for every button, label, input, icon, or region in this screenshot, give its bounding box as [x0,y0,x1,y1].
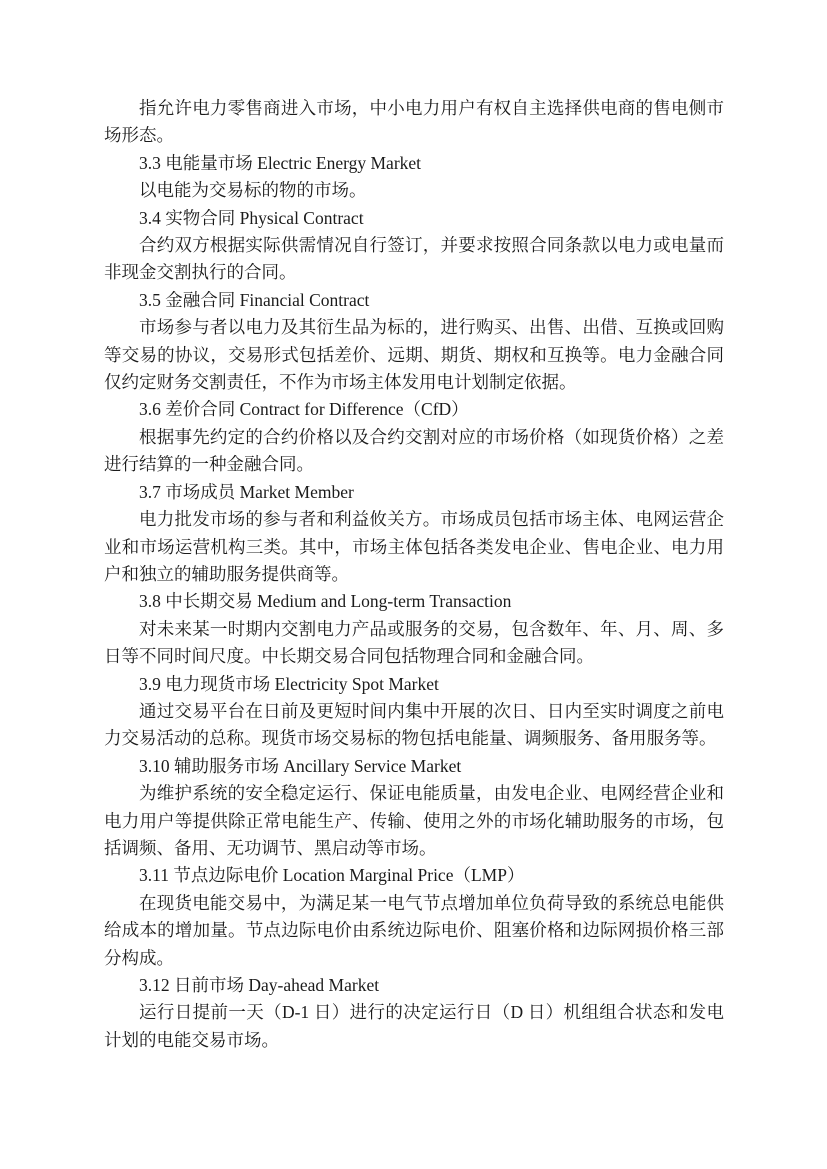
body-paragraph: 为维护系统的安全稳定运行、保证电能质量，由发电企业、电网经营企业和电力用户等提供… [104,780,724,862]
document-page: 指允许电力零售商进入市场，中小电力用户有权自主选择供电商的售电侧市场形态。3.3… [0,0,827,1169]
body-paragraph: 通过交易平台在日前及更短时间内集中开展的次日、日内至实时调度之前电力交易活动的总… [104,698,724,753]
section-heading: 3.11 节点边际电价 Location Marginal Price（LMP） [104,862,724,889]
section-heading: 3.3 电能量市场 Electric Energy Market [104,150,724,177]
body-paragraph: 运行日提前一天（D-1 日）进行的决定运行日（D 日）机组组合状态和发电计划的电… [104,999,724,1054]
body-paragraph: 对未来某一时期内交割电力产品或服务的交易，包含数年、年、月、周、多日等不同时间尺… [104,616,724,671]
body-paragraph: 根据事先约定的合约价格以及合约交割对应的市场价格（如现货价格）之差进行结算的一种… [104,424,724,479]
body-paragraph: 在现货电能交易中，为满足某一电气节点增加单位负荷导致的系统总电能供给成本的增加量… [104,890,724,972]
document-text-block: 指允许电力零售商进入市场，中小电力用户有权自主选择供电商的售电侧市场形态。3.3… [104,95,724,1054]
section-heading: 3.9 电力现货市场 Electricity Spot Market [104,671,724,698]
body-paragraph: 市场参与者以电力及其衍生品为标的，进行购买、出售、出借、互换或回购等交易的协议，… [104,314,724,396]
section-heading: 3.8 中长期交易 Medium and Long-term Transacti… [104,588,724,615]
section-heading: 3.6 差价合同 Contract for Difference（CfD） [104,396,724,423]
section-heading: 3.12 日前市场 Day-ahead Market [104,972,724,999]
body-paragraph: 以电能为交易标的物的市场。 [104,177,724,204]
body-paragraph: 电力批发市场的参与者和利益攸关方。市场成员包括市场主体、电网运营企业和市场运营机… [104,506,724,588]
body-paragraph: 指允许电力零售商进入市场，中小电力用户有权自主选择供电商的售电侧市场形态。 [104,95,724,150]
section-heading: 3.5 金融合同 Financial Contract [104,287,724,314]
body-paragraph: 合约双方根据实际供需情况自行签订，并要求按照合同条款以电力或电量而非现金交割执行… [104,232,724,287]
section-heading: 3.10 辅助服务市场 Ancillary Service Market [104,753,724,780]
section-heading: 3.4 实物合同 Physical Contract [104,205,724,232]
section-heading: 3.7 市场成员 Market Member [104,479,724,506]
